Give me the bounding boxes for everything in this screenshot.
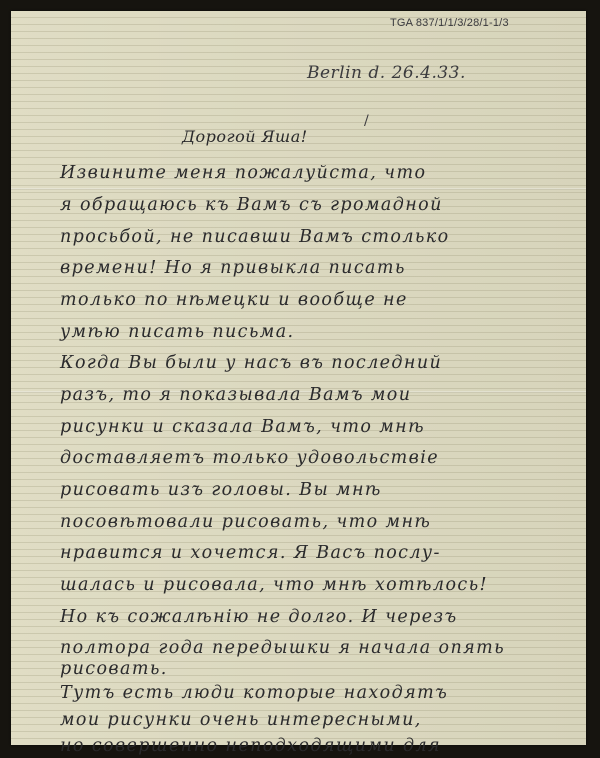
letter-line: мои рисунки очень интересными, [60, 710, 422, 730]
salutation: Дорогой Яша! [182, 127, 308, 146]
letter-line: времени! Но я привыкла писать [60, 258, 406, 278]
letter-line: Но къ сожалѣнію не долго. И черезъ [60, 607, 458, 627]
letter-line: доставляетъ только удовольствіе [60, 448, 439, 468]
letter-line: я обращаюсь къ Вамъ съ громадной [60, 195, 443, 215]
letter-line: разъ, то я показывала Вамъ мои [60, 385, 411, 405]
letter-line: рисунки и сказала Вамъ, что мнѣ [60, 417, 425, 437]
letter-page [11, 11, 586, 745]
letter-line: полтора года передышки я начала опять [60, 638, 505, 658]
letter-line: Извините меня пожалуйста, что [60, 163, 426, 183]
pencil-tick-mark: / [364, 113, 369, 129]
letter-line: нравится и хочется. Я Васъ послу- [60, 543, 441, 563]
letter-line: Тутъ есть люди которые находятъ [60, 683, 448, 703]
letter-line: просьбой, не писавши Вамъ столько [60, 227, 450, 247]
document-scan: TGA 837/1/1/3/28/1-1/3 Berlin d. 26.4.33… [0, 0, 600, 758]
letter-line: но совершенно неподходящими для [60, 736, 441, 756]
paper-fold [11, 188, 586, 190]
letter-line: посовѣтовали рисовать, что мнѣ [60, 512, 431, 532]
catalog-number: TGA 837/1/1/3/28/1-1/3 [390, 17, 509, 29]
dateline: Berlin d. 26.4.33. [307, 63, 466, 83]
letter-line: умѣю писать письма. [60, 322, 295, 342]
letter-line: шалась и рисовала, что мнѣ хотѣлось! [60, 575, 488, 595]
letter-line: только по нѣмецки и вообще не [60, 290, 408, 310]
letter-line: рисовать. [60, 659, 168, 679]
letter-line: рисовать изъ головы. Вы мнѣ [60, 480, 382, 500]
letter-line: Когда Вы были у насъ въ последний [60, 353, 442, 373]
